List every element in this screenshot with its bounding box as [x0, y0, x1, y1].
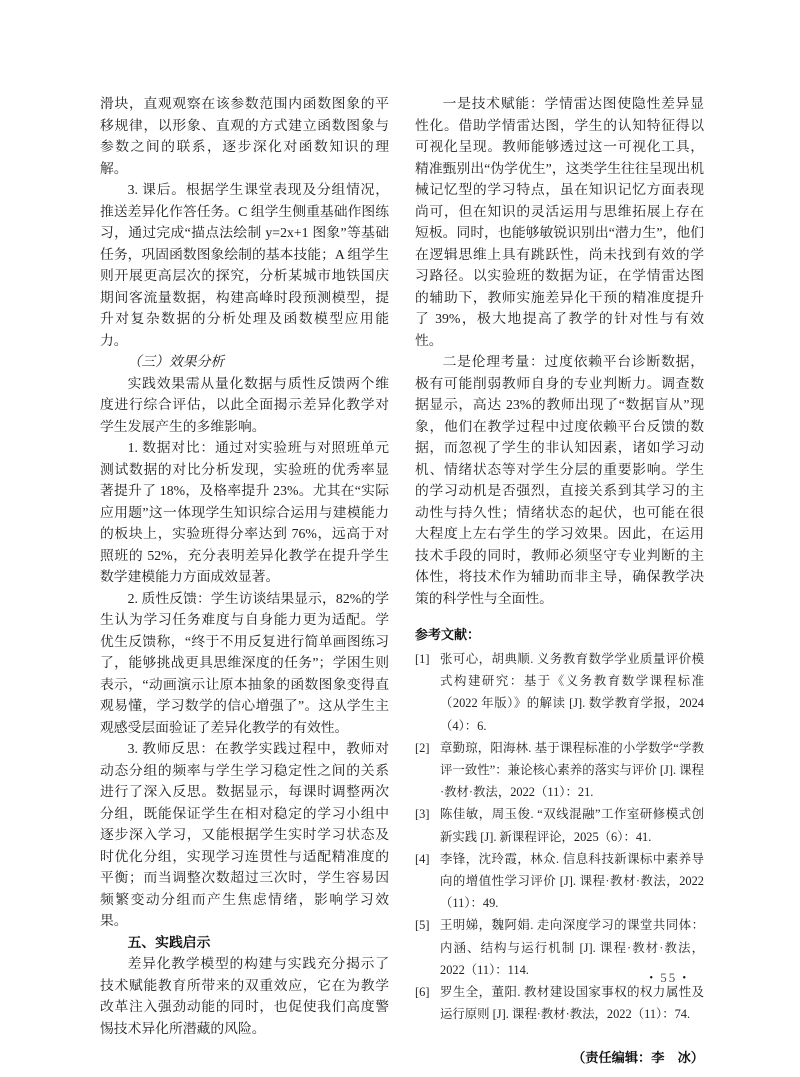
page-number-left-dot: • — [649, 973, 655, 984]
reference-number: [4] — [415, 848, 429, 870]
reference-text: 罗生全，董阳. 教材建设国家事权的权力属性及运行原则 [J]. 课程·教材·教法… — [440, 985, 704, 1021]
section-heading-practice-insights: 五、实践启示 — [100, 932, 389, 954]
journal-page: 滑块，直观观察在该参数范围内函数图象的平移规律，以形象、直观的方式建立函数图象与… — [0, 0, 800, 1077]
editor-note: （责任编辑：李 冰） — [415, 1047, 704, 1066]
reference-number: [3] — [415, 803, 429, 825]
reference-number: [2] — [415, 737, 429, 759]
reference-text: 王明娣，魏阿娟. 走向深度学习的课堂共同体：内涵、结构与运行机制 [J]. 课程… — [440, 918, 704, 976]
paragraph-tech-empowerment: 一是技术赋能：学情雷达图使隐性差异显性化。借助学情雷达图，学生的认知特征得以可视… — [415, 93, 704, 351]
reference-number: [5] — [415, 914, 429, 936]
left-column: 滑块，直观观察在该参数范围内函数图象的平移规律，以形象、直观的方式建立函数图象与… — [100, 93, 389, 1066]
right-column: 一是技术赋能：学情雷达图使隐性差异显性化。借助学情雷达图，学生的认知特征得以可视… — [415, 93, 704, 1066]
paragraph-after-class: 3. 课后。根据学生课堂表现及分组情况，推送差异化作答任务。C 组学生侧重基础作… — [100, 179, 389, 351]
reference-item: [4] 李锋，沈玲霞，林众. 信息科技新课标中素养导向的增值性学习评价 [J].… — [415, 848, 704, 915]
paragraph-qualitative-feedback: 2. 质性反馈：学生访谈结果显示，82%的学生认为学习任务难度与自身能力更为适配… — [100, 588, 389, 739]
page-number: • 55 • — [649, 970, 688, 986]
page-number-right-dot: • — [682, 973, 688, 984]
reference-text: 李锋，沈玲霞，林众. 信息科技新课标中素养导向的增值性学习评价 [J]. 课程·… — [440, 852, 704, 910]
reference-text: 张可心，胡典顺. 义务教育数学学业质量评价模式构建研究：基于《义务教育数学课程标… — [440, 652, 704, 733]
paragraph-data-comparison: 1. 数据对比：通过对实验班与对照班单元测试数据的对比分析发现，实验班的优秀率显… — [100, 437, 389, 588]
reference-item: [1] 张可心，胡典顺. 义务教育数学学业质量评价模式构建研究：基于《义务教育数… — [415, 648, 704, 737]
paragraph-evaluation-intro: 实践效果需从量化数据与质性反馈两个维度进行综合评估，以此全面揭示差异化教学对学生… — [100, 373, 389, 438]
reference-item: [2] 章勤琼，阳海林. 基于课程标准的小学数学“学教评一致性”：兼论核心素养的… — [415, 737, 704, 804]
section-heading-effect-analysis: （三）效果分析 — [100, 351, 389, 373]
page-number-value: 55 — [660, 970, 677, 985]
reference-text: 陈佳敏，周玉俊. “双线混融”工作室研修模式创新实践 [J]. 新课程评论，20… — [440, 807, 704, 843]
reference-text: 章勤琼，阳海林. 基于课程标准的小学数学“学教评一致性”：兼论核心素养的落实与评… — [440, 741, 704, 799]
page-content: 滑块，直观观察在该参数范围内函数图象的平移规律，以形象、直观的方式建立函数图象与… — [100, 93, 704, 1066]
paragraph-teacher-reflection: 3. 教师反思：在教学实践过程中，教师对动态分组的频率与学生学习稳定性之间的关系… — [100, 738, 389, 932]
paragraph-continuation: 滑块，直观观察在该参数范围内函数图象的平移规律，以形象、直观的方式建立函数图象与… — [100, 93, 389, 179]
paragraph-ethical-consideration: 二是伦理考量：过度依赖平台诊断数据，极有可能削弱教师自身的专业判断力。调查数据显… — [415, 351, 704, 609]
references-heading: 参考文献： — [415, 624, 704, 643]
reference-item: [6] 罗生全，董阳. 教材建设国家事权的权力属性及运行原则 [J]. 课程·教… — [415, 981, 704, 1025]
reference-item: [3] 陈佳敏，周玉俊. “双线混融”工作室研修模式创新实践 [J]. 新课程评… — [415, 803, 704, 847]
paragraph-practice-insights: 差异化教学模型的构建与实践充分揭示了技术赋能教育所带来的双重效应，它在为教学改革… — [100, 953, 389, 1039]
reference-number: [1] — [415, 648, 429, 670]
reference-number: [6] — [415, 981, 429, 1003]
